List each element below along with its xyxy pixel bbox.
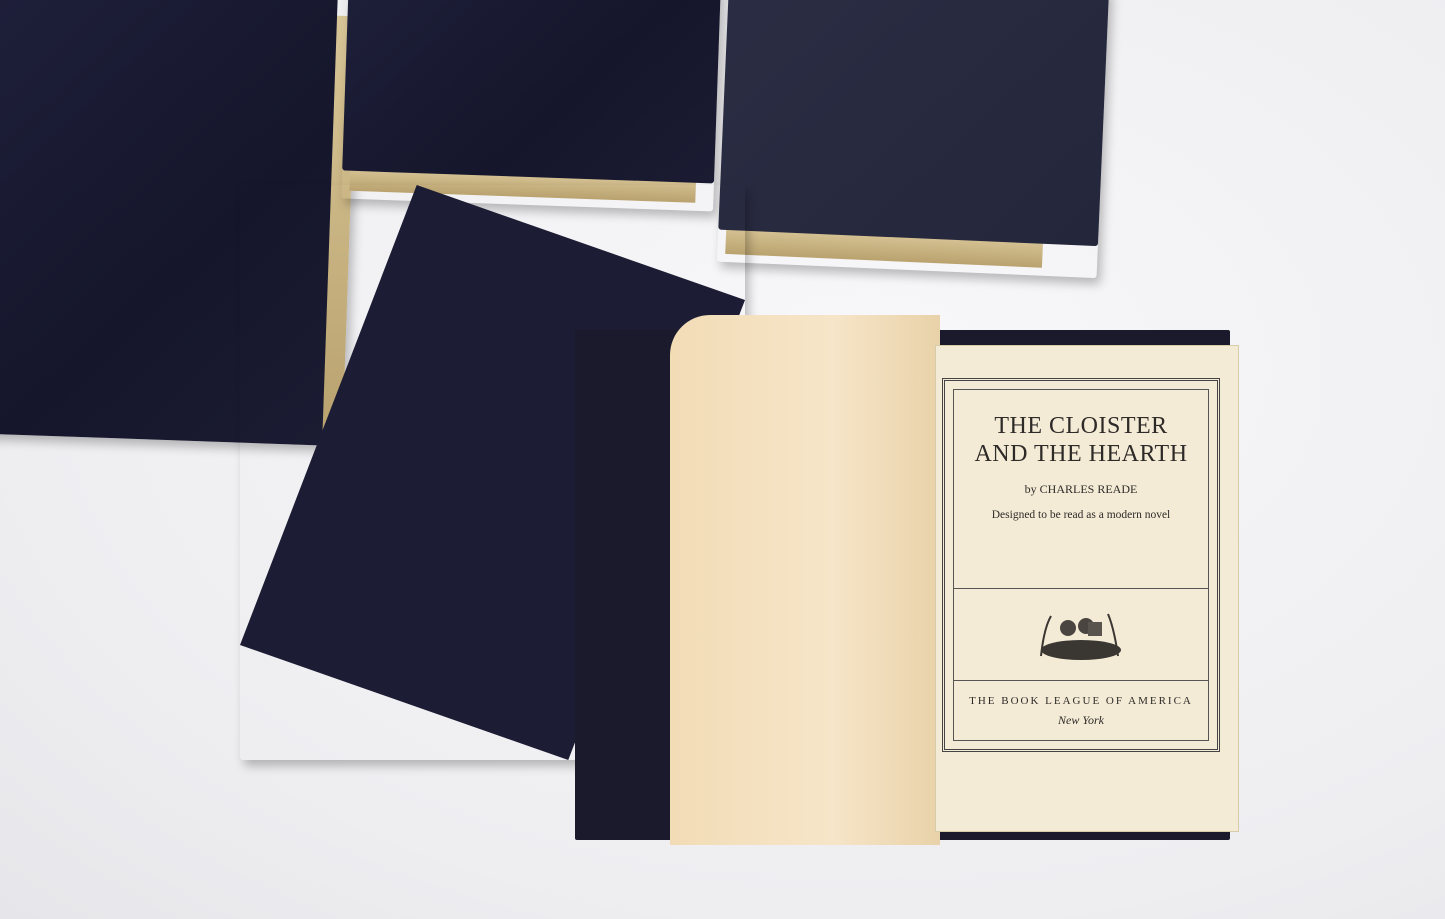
- blank-leaf: [670, 315, 940, 845]
- closed-book-3: [717, 0, 1109, 278]
- subtitle-line: Designed to be read as a modern novel: [954, 509, 1208, 521]
- book-title: THE CLOISTER AND THE HEARTH: [954, 412, 1208, 468]
- divider: [954, 680, 1208, 681]
- open-book: THE CLOISTER AND THE HEARTH by CHARLES R…: [575, 315, 1240, 845]
- cherubs-ornament-icon: [1026, 608, 1136, 668]
- title-page: THE CLOISTER AND THE HEARTH by CHARLES R…: [935, 345, 1239, 832]
- divider: [954, 588, 1208, 589]
- publisher: THE BOOK LEAGUE OF AMERICA: [954, 695, 1208, 707]
- ornamental-border: THE CLOISTER AND THE HEARTH by CHARLES R…: [942, 378, 1220, 752]
- publisher-city: New York: [954, 713, 1208, 728]
- author-line: by CHARLES READE: [954, 482, 1208, 497]
- closed-book-2: [341, 0, 721, 211]
- photo-background: THE CLOISTER AND THE HEARTH by CHARLES R…: [0, 0, 1445, 919]
